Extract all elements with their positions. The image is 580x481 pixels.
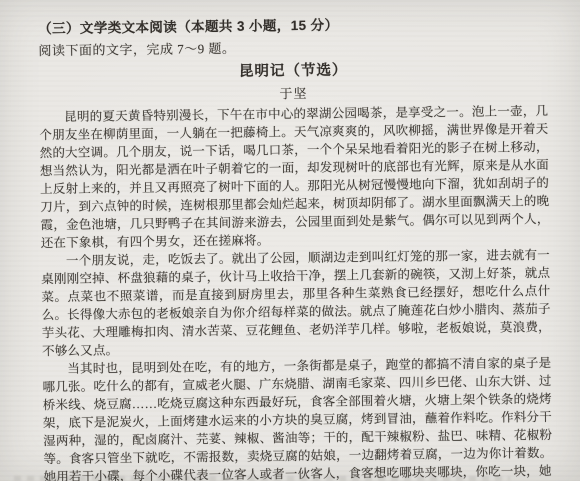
article-paragraph-1: 昆明的夏天黄昏特别漫长，下午在市中心的翠湖公园喝茶，是享受之一。泡上一壶，几个朋… [39, 102, 550, 252]
article-paragraph-3: 当其时也，昆明到处在吃，有的地方，一条街都是桌子，跑堂的都搞不清自家的桌子是哪几… [42, 354, 553, 481]
page-text-block: （三）文学类文本阅读（本题共 3 小题，15 分） 阅读下面的文字，完成 7～9… [38, 12, 553, 481]
article-paragraph-2: 一个朋友说，走，吃饭去了。就出了公园，顺湖边走到叫红灯笼的那一家，进去就有一桌刚… [41, 246, 551, 360]
scanned-exam-page: （三）文学类文本阅读（本题共 3 小题，15 分） 阅读下面的文字，完成 7～9… [0, 0, 580, 481]
